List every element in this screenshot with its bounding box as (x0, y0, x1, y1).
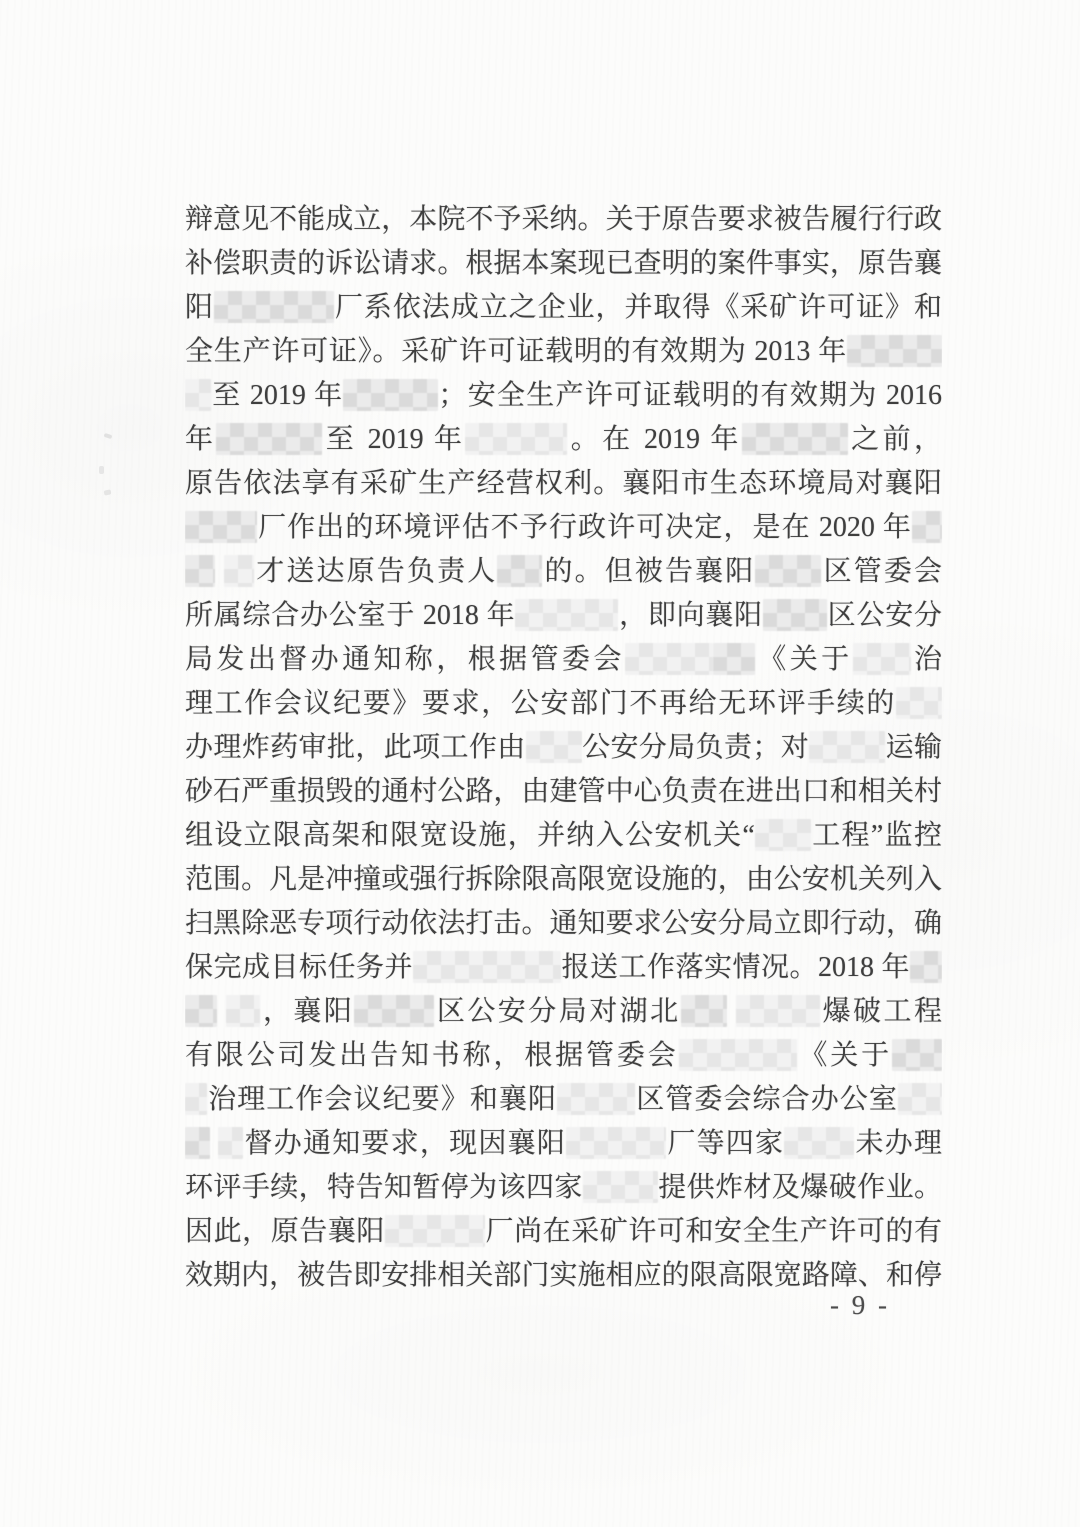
redaction-block (625, 643, 713, 675)
redaction-block (910, 951, 942, 983)
redaction-block (385, 1215, 485, 1247)
redaction-block (713, 643, 755, 675)
redaction-block (681, 995, 727, 1027)
redaction-block (912, 511, 942, 543)
text-line: 环评手续，特告知暂停为该四家提供炸材及爆破作业。 (185, 1166, 942, 1210)
text-run: 工程”监控 (811, 820, 942, 851)
redaction-block (784, 1127, 854, 1159)
redaction-block (515, 599, 618, 631)
text-run: 爆破工程 (820, 996, 942, 1027)
redaction-block (465, 423, 567, 455)
text-run: 所属综合办公室于 2018 年 (185, 600, 515, 631)
redaction-block (185, 511, 257, 543)
text-run: 区管委会综合办公室 (635, 1084, 898, 1115)
redaction-block (853, 643, 911, 675)
redaction-block (526, 731, 582, 763)
text-run: 至 2019 年 (211, 380, 343, 411)
redaction-block (763, 599, 827, 631)
redaction-block (185, 1083, 207, 1115)
redaction-block (185, 1127, 210, 1159)
text-run: 理工作会议纪要》要求，公安部门不再给无环评手续的 (185, 688, 896, 719)
text-run: 办理炸药审批，此项工作由 (185, 732, 526, 763)
text-run: 《关于 (797, 1040, 892, 1071)
redaction-block (566, 1127, 666, 1159)
text-line: 有限公司发出告知书称，根据管委会《关于 (185, 1034, 942, 1078)
text-run: ，襄阳 (260, 996, 354, 1027)
redaction-block (755, 819, 811, 851)
text-run: 环评手续，特告知暂停为该四家 (185, 1172, 583, 1203)
redaction-block (185, 555, 215, 587)
text-line: 保完成目标任务并报送工作落实情况。2018 年 (185, 946, 942, 990)
text-run: ；安全生产许可证载明的有效期为 2016 (438, 380, 942, 411)
text-run: 辩意见不能成立，本院不予采纳。关于原告要求被告履行行政 (185, 204, 942, 235)
text-line: 局发出督办通知称，根据管委会《关于治 (185, 638, 942, 682)
text-line: 理工作会议纪要》要求，公安部门不再给无环评手续的 (185, 682, 942, 726)
text-run: 组设立限高架和限宽设施，并纳入公安机关“ (185, 820, 755, 851)
text-run: 提供炸材及爆破作业。 (658, 1172, 942, 1203)
text-run: 厂等四家 (666, 1128, 784, 1159)
text-run: 督办通知要求，现因襄阳 (243, 1128, 566, 1159)
text-run: 未办理 (854, 1128, 942, 1159)
text-line: 扫黑除恶专项行动依法打击。通知要求公安分局立即行动，确 (185, 902, 942, 946)
redaction-block (218, 1127, 243, 1159)
text-line: 辩意见不能成立，本院不予采纳。关于原告要求被告履行行政 (185, 198, 942, 242)
text-run: 局发出督办通知称，根据管委会 (185, 644, 625, 675)
text-line: 因此，原告襄阳厂尚在采矿许可和安全生产许可的有 (185, 1210, 942, 1254)
page-number: - 9 - (800, 1290, 920, 1321)
redaction-block (497, 555, 542, 587)
text-run: 才送达原告负责人 (254, 556, 497, 587)
text-line: 年至 2019 年。在 2019 年之前， (185, 418, 942, 462)
scan-artifact (104, 489, 112, 495)
text-run: 《关于 (755, 644, 853, 675)
text-run: 厂作出的环境评估不予行政许可决定，是在 2020 年 (257, 512, 912, 543)
text-run: 保完成目标任务并 (185, 952, 413, 983)
text-run: 效期内，被告即安排相关部门实施相应的限高限宽路障、和停 (185, 1260, 942, 1291)
redaction-block (898, 1083, 942, 1115)
text-line: 办理炸药审批，此项工作由公安分局负责；对运输 (185, 726, 942, 770)
redaction-block (185, 379, 211, 411)
redaction-block (809, 731, 885, 763)
text-run: 治 (911, 644, 942, 675)
redaction-block (185, 995, 217, 1027)
text-line: 全生产许可证》。采矿许可证载明的有效期为 2013 年 (185, 330, 942, 374)
scan-artifact (99, 466, 104, 474)
text-line: 原告依法享有采矿生产经营权利。襄阳市生态环境局对襄阳 (185, 462, 942, 506)
text-run: 区公安分 (827, 600, 942, 631)
text-block: 辩意见不能成立，本院不予采纳。关于原告要求被告履行行政补偿职责的诉讼请求。根据本… (185, 198, 942, 1298)
text-run: 全生产许可证》。采矿许可证载明的有效期为 2013 年 (185, 336, 847, 367)
redaction-block (557, 1083, 635, 1115)
redaction-block (224, 555, 254, 587)
text-run: 报送工作落实情况。2018 年 (561, 952, 910, 983)
redaction-block (679, 1039, 797, 1071)
text-run: 因此，原告襄阳 (185, 1216, 385, 1247)
redaction-block (583, 1171, 658, 1203)
text-line: 所属综合办公室于 2018 年，即向襄阳区公安分 (185, 594, 942, 638)
document-page: 辩意见不能成立，本院不予采纳。关于原告要求被告履行行政补偿职责的诉讼请求。根据本… (0, 0, 1080, 1527)
redaction-block (413, 951, 561, 983)
text-line: 才送达原告负责人的。但被告襄阳区管委会 (185, 550, 942, 594)
text-run: 原告依法享有采矿生产经营权利。襄阳市生态环境局对襄阳 (185, 468, 942, 499)
text-run: 范围。凡是冲撞或强行拆除限高限宽设施的，由公安机关列入 (185, 864, 942, 895)
redaction-block (226, 995, 260, 1027)
text-run: 。在 2019 年 (567, 424, 741, 455)
text-line: 阳厂系依法成立之企业，并取得《采矿许可证》和《安 (185, 286, 942, 330)
redaction-block (892, 1039, 942, 1071)
redaction-block (847, 335, 942, 367)
redaction-block (736, 995, 820, 1027)
text-run: 公安分局负责；对 (582, 732, 810, 763)
text-run: 砂石严重损毁的通村公路，由建管中心负责在进出口和相关村 (185, 776, 942, 807)
text-run: ，即向襄阳 (618, 600, 763, 631)
text-run: 年 (185, 424, 216, 455)
text-line: 治理工作会议纪要》和襄阳区管委会综合办公室 (185, 1078, 942, 1122)
text-line: 至 2019 年；安全生产许可证载明的有效期为 2016 (185, 374, 942, 418)
text-run: 之前， (848, 424, 942, 455)
text-run: 运输 (885, 732, 942, 763)
scan-artifact (104, 433, 113, 439)
text-line: 范围。凡是冲撞或强行拆除限高限宽设施的，由公安机关列入 (185, 858, 942, 902)
text-line: 督办通知要求，现因襄阳厂等四家未办理 (185, 1122, 942, 1166)
text-run: 区管委会 (821, 556, 942, 587)
text-run (217, 996, 226, 1027)
text-run: 厂尚在采矿许可和安全生产许可的有 (485, 1216, 942, 1247)
redaction-block (896, 687, 942, 719)
text-run: 至 2019 年 (322, 424, 465, 455)
redaction-block (216, 423, 322, 455)
text-line: ，襄阳区公安分局对湖北 爆破工程 (185, 990, 942, 1034)
text-run (727, 996, 736, 1027)
text-run (215, 556, 224, 587)
text-run: 治理工作会议纪要》和襄阳 (207, 1084, 557, 1115)
text-line: 砂石严重损毁的通村公路，由建管中心负责在进出口和相关村 (185, 770, 942, 814)
redaction-block (343, 379, 438, 411)
text-run: 扫黑除恶专项行动依法打击。通知要求公安分局立即行动，确 (185, 908, 942, 939)
redaction-block (214, 291, 334, 323)
redaction-block (742, 423, 848, 455)
text-run: 补偿职责的诉讼请求。根据本案现已查明的案件事实，原告襄 (185, 248, 942, 279)
text-line: 厂作出的环境评估不予行政许可决定，是在 2020 年 (185, 506, 942, 550)
text-run: 阳 (185, 292, 214, 323)
text-run: 区公安分局对湖北 (434, 996, 680, 1027)
text-line: 组设立限高架和限宽设施，并纳入公安机关“工程”监控 (185, 814, 942, 858)
text-run: 有限公司发出告知书称，根据管委会 (185, 1040, 679, 1071)
redaction-block (354, 995, 434, 1027)
text-run (210, 1128, 218, 1159)
redaction-block (755, 555, 821, 587)
text-run: 的。但被告襄阳 (542, 556, 755, 587)
text-line: 补偿职责的诉讼请求。根据本案现已查明的案件事实，原告襄 (185, 242, 942, 286)
